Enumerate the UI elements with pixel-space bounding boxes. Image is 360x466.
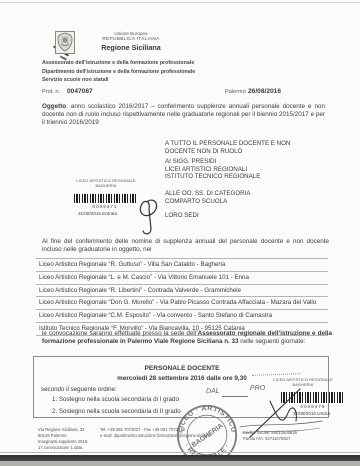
entry-stamp-city: BAGHERIA xyxy=(68,183,144,188)
recipient-block-presidi: AI SIGG. PRESIDI LICEI ARTISTICI REGIONA… xyxy=(165,158,335,181)
convocation-paragraph: le convocazione saranno effettuate press… xyxy=(42,330,332,346)
recipient-line: DOCENTE NON DI RUOLO xyxy=(165,148,335,156)
recipient-block-loro-sedi: LORO SEDI xyxy=(165,212,335,220)
recipient-line: ALLE OO. SS. DI CATEGORIA xyxy=(165,190,335,198)
entry-handwritten-mark xyxy=(130,195,162,237)
entry-stamp-date: 31/08/2016 Entrata xyxy=(78,211,117,216)
convocation-pre: le convocazione saranno effettuate press… xyxy=(42,330,198,337)
coat-of-arms-icon xyxy=(55,31,75,54)
entry-stamp-barcode xyxy=(74,194,136,203)
footer-contacts: Tel. +39 091 7073027 - Fax +39 091 70732… xyxy=(100,427,220,439)
footer-filename-line: Insegnanti.supplente 2016-17.convocazion… xyxy=(38,439,98,451)
school-row: Liceo Artistico Regionale “R. Libertini”… xyxy=(36,285,328,298)
scan-grey-strip xyxy=(0,461,360,466)
dept-line-dipartimento: Dipartimento dell'istruzione e della for… xyxy=(42,68,272,77)
recipient-line: ISTITUTO TECNICO REGIONALE xyxy=(165,173,335,181)
protocol-date: 26/08/2016 xyxy=(248,88,281,95)
scan-bottom-line xyxy=(0,452,360,453)
dept-line-servizio: Servizio scuole non statali xyxy=(42,76,272,85)
recipient-line: LICEI ARTISTICI REGIONALI xyxy=(165,166,335,174)
schedule-item-1: 1. Sostegno nella scuola secondaria di I… xyxy=(52,396,179,403)
scan-top-edge xyxy=(0,2,360,3)
footer-partita-iva: Partita IVA: 02711070827 xyxy=(243,436,323,442)
entry-stamp-label: LICEO ARTISTICO REGIONALE BAGHERIA xyxy=(68,178,144,189)
recipient-line: COMPARTO SCUOLA xyxy=(165,198,335,206)
intro-paragraph: Al fine del conferimento delle nomine di… xyxy=(42,238,329,254)
handwritten-dal: DAL xyxy=(206,388,220,395)
recipient-line: AI SIGG. PRESIDI xyxy=(165,158,335,166)
footer-fiscal: Codice fiscale: 80012500826 Partita IVA:… xyxy=(243,430,323,442)
subject-paragraph: Oggetto: anno scolastico 2016/2017 – con… xyxy=(42,103,325,127)
protocol-number: 0047087 xyxy=(67,88,93,95)
department-lines: Assessorato dell'istruzione e della form… xyxy=(42,59,272,85)
school-row: Liceo Artistico Regionale “C.M. Esposito… xyxy=(36,310,328,323)
schedule-order-intro: secondo il seguente ordine: xyxy=(41,386,117,393)
footer-email-line: e-mail: dipartimento.istruzione.formazio… xyxy=(100,433,220,439)
dept-line-assessorato: Assessorato dell'istruzione e della form… xyxy=(42,59,272,68)
header-title-block: Unione Europea REPUBBLICA ITALIANA Regio… xyxy=(76,31,186,52)
scanned-document-page: Unione Europea REPUBBLICA ITALIANA Regio… xyxy=(0,0,360,466)
footer-address: Via Regione Siciliana, 33 90129 Palermo … xyxy=(38,427,98,451)
protocol-place: Palermo xyxy=(225,89,246,95)
recipient-block-personnel: A TUTTO IL PERSONALE DOCENTE E NON DOCEN… xyxy=(165,140,335,155)
subject-text: : anno scolastico 2016/2017 – conferimen… xyxy=(42,103,325,126)
recipient-line: LORO SEDI xyxy=(165,212,335,220)
header-region-line: Regione Siciliana xyxy=(76,43,186,52)
convocation-post: nelle seguenti giornate: xyxy=(239,338,306,345)
school-row: Liceo Artistico Regionale “Don G. Morell… xyxy=(36,297,328,310)
entry-stamp-number: 0006471 xyxy=(74,204,136,209)
school-row: Liceo Artistico Regionale “L. e M. Casci… xyxy=(36,272,328,285)
schedule-item-2: 2. Sostegno nella scuola secondaria di I… xyxy=(52,408,181,415)
recipient-line: A TUTTO IL PERSONALE DOCENTE E NON xyxy=(165,140,335,148)
schools-table: Liceo Artistico Regionale “R. Guttuso” -… xyxy=(36,258,328,336)
subject-label: Oggetto xyxy=(42,103,66,110)
protocol-label: Prot. n. xyxy=(42,89,60,95)
recipient-block-sindacati: ALLE OO. SS. DI CATEGORIA COMPARTO SCUOL… xyxy=(165,190,335,205)
school-row: Liceo Artistico Regionale “R. Guttuso” -… xyxy=(36,259,328,272)
